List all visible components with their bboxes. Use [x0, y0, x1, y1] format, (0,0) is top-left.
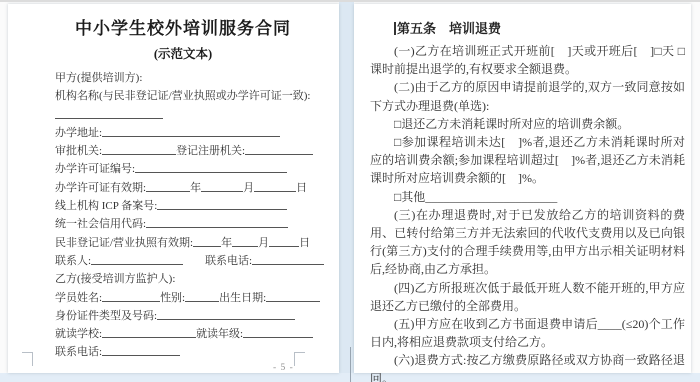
blank-field[interactable] [91, 253, 183, 265]
form-line: 联系电话: [55, 343, 325, 361]
spacer [183, 263, 205, 264]
form-line: 学员姓名:性别:出生日期: [55, 289, 325, 307]
blank-field[interactable] [243, 326, 313, 338]
page-edge-line [350, 347, 351, 382]
field-label: 联系人: [55, 255, 91, 267]
refund-clause: (三)在办理退费时,对于已发放给乙方的培训资料的费用、已转付给第三方并无法索回的… [370, 206, 685, 279]
margin-crop-mark [294, 352, 305, 366]
field-label: 统一社会信用代码: [55, 218, 146, 230]
form-line: 乙方(接受培训方监护人): [55, 270, 325, 288]
contract-page-left[interactable]: 中小学生校外培训服务合同 (示范文本) 甲方(提供培训方):机构名称(与民非登记… [8, 4, 339, 373]
form-line: 审批机关:登记注册机关: [55, 142, 325, 160]
blank-field[interactable] [102, 290, 160, 302]
blank-field[interactable] [245, 143, 313, 155]
field-label: 年 [221, 237, 232, 249]
page-gap [339, 2, 354, 382]
field-label: 就读学校: [55, 328, 102, 340]
form-line: 联系人:联系电话: [55, 252, 325, 270]
field-label: 年 [190, 182, 201, 194]
blank-field[interactable] [185, 290, 219, 302]
field-label: 线上机构 ICP 备案号: [55, 200, 157, 212]
blank-field[interactable] [135, 161, 287, 173]
refund-option-other: □其他______________________ [370, 188, 685, 206]
refund-option: □参加课程培训未达[ ]%者,退还乙方未消耗课时所对应的培训费余额;参加课程培训… [370, 133, 685, 188]
form-line: 统一社会信用代码: [55, 215, 325, 233]
blank-field[interactable] [102, 125, 280, 137]
field-label: 出生日期: [219, 292, 266, 304]
form-line: 办学许可证编号: [55, 160, 325, 178]
refund-clause: (二)由于乙方的原因申请提前退学的,双方一致同意按如下方式办理退费(单选): [370, 78, 685, 114]
form-line: 线上机构 ICP 备案号: [55, 197, 325, 215]
document-viewer: 中小学生校外培训服务合同 (示范文本) 甲方(提供培训方):机构名称(与民非登记… [0, 0, 700, 382]
blank-field[interactable] [269, 235, 299, 247]
field-label: 就读年级: [196, 328, 243, 340]
form-line [55, 106, 325, 124]
field-label: 月 [258, 237, 269, 249]
field-label: 审批机关: [55, 145, 102, 157]
field-label: 日 [299, 237, 310, 249]
refund-option: □退还乙方未消耗课时所对应的培训费余额。 [370, 115, 685, 133]
field-label: 联系电话: [205, 255, 252, 267]
form-line: 甲方(提供培训方): [55, 69, 325, 87]
refund-clause: (六)退费方式:按乙方缴费原路径或双方协商一致路径退回。 [370, 351, 685, 382]
blank-field[interactable] [157, 198, 287, 210]
blank-field[interactable] [201, 180, 243, 192]
refund-clause: (四)乙方所报班次低于最低开班人数不能开班的,甲方应退还乙方已缴付的全部费用。 [370, 279, 685, 315]
field-label: 乙方(接受培训方监护人): [55, 273, 175, 285]
form-line: 就读学校:就读年级: [55, 325, 325, 343]
field-label: 身份证件类型及号码: [55, 310, 157, 322]
field-label: 民非登记证/营业执照有效期: [55, 237, 193, 249]
blank-field[interactable] [157, 308, 295, 320]
field-label: 甲方(提供培训方): [55, 72, 142, 84]
section-heading: 第五条 培训退费 [370, 18, 685, 37]
section-heading-text: 第五条 培训退费 [397, 21, 501, 36]
blank-field[interactable] [232, 235, 258, 247]
field-label: 办学许可证有效期: [55, 182, 146, 194]
field-label: 联系电话: [55, 346, 102, 358]
left-page-content: 中小学生校外培训服务合同 (示范文本) 甲方(提供培训方):机构名称(与民非登记… [8, 4, 339, 362]
refund-clause: (五)甲方应在收到乙方书面退费申请后____(≤20)个工作日内,将相应退费款项… [370, 315, 685, 351]
field-label: 办学地址: [55, 127, 102, 139]
field-label: 性别: [160, 292, 185, 304]
form-line: 办学许可证有效期:年月日 [55, 179, 325, 197]
form-line: 机构名称(与民非登记证/营业执照或办学许可证一致): [55, 87, 325, 105]
form-line: 民非登记证/营业执照有效期:年月日 [55, 234, 325, 252]
form-line: 办学地址: [55, 124, 325, 142]
contract-subtitle: (示范文本) [55, 44, 311, 62]
blank-field[interactable] [146, 216, 288, 228]
blank-field[interactable] [146, 180, 190, 192]
blank-field[interactable] [102, 143, 176, 155]
blank-field[interactable] [102, 326, 196, 338]
page-number: - 5 - [273, 363, 294, 373]
right-page-content: 第五条 培训退费 (一)乙方在培训班正式开班前[ ]天或开班后[ ]□天 □课时… [354, 4, 691, 382]
party-info-form: 甲方(提供培训方):机构名称(与民非登记证/营业执照或办学许可证一致):办学地址… [55, 69, 325, 362]
field-label: 日 [296, 182, 307, 194]
blank-field[interactable] [266, 290, 320, 302]
field-label: 学员姓名: [55, 292, 102, 304]
blank-field[interactable] [102, 344, 180, 356]
blank-field[interactable] [252, 253, 324, 265]
field-label: 登记注册机关: [176, 145, 245, 157]
field-label: 机构名称(与民非登记证/营业执照或办学许可证一致): [55, 90, 310, 102]
blank-field[interactable] [55, 107, 163, 119]
form-line: 身份证件类型及号码: [55, 307, 325, 325]
margin-crop-mark [22, 352, 33, 366]
contract-page-right[interactable]: 第五条 培训退费 (一)乙方在培训班正式开班前[ ]天或开班后[ ]□天 □课时… [354, 4, 691, 373]
blank-field[interactable] [254, 180, 296, 192]
field-label: 月 [243, 182, 254, 194]
field-label: 办学许可证编号: [55, 163, 135, 175]
refund-clause: (一)乙方在培训班正式开班前[ ]天或开班后[ ]□天 □课时前提出退学的,有权… [370, 42, 685, 78]
contract-title: 中小学生校外培训服务合同 [55, 14, 311, 39]
text-cursor [394, 22, 396, 35]
blank-field[interactable] [193, 235, 221, 247]
